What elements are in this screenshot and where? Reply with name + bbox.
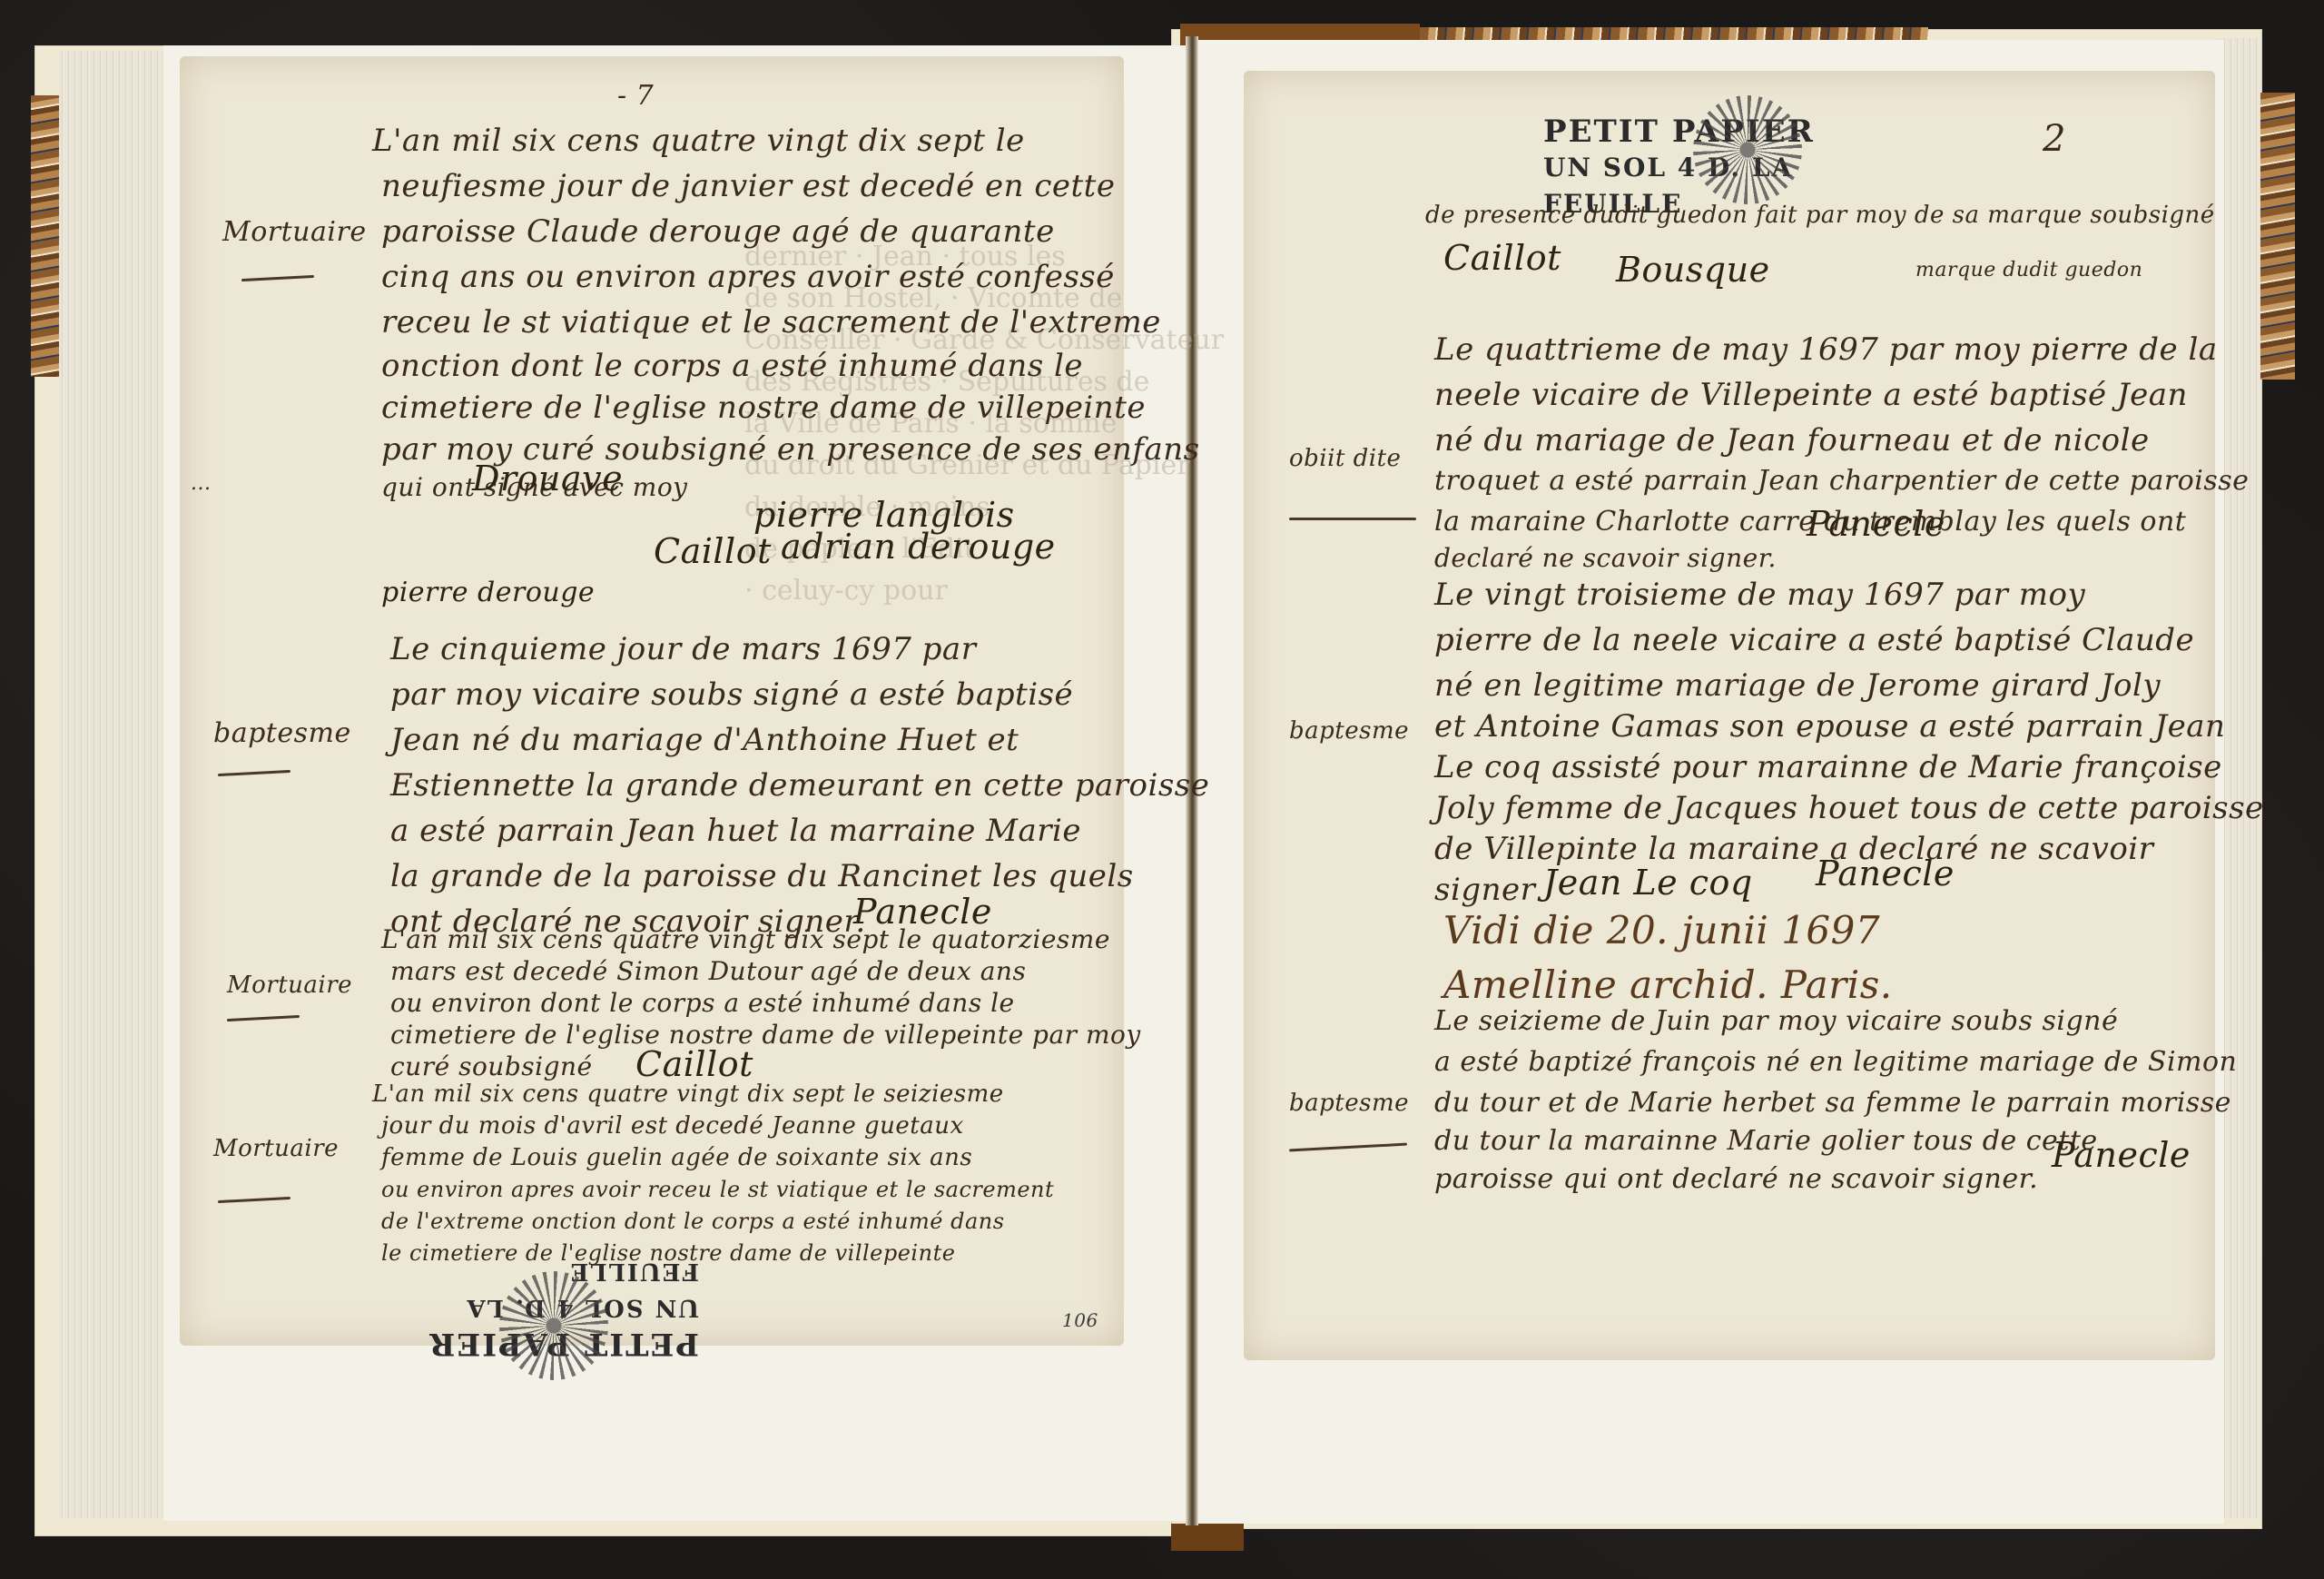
entry-line: paroisse qui ont declaré ne scavoir sign…	[1434, 1157, 2038, 1202]
entry-line: cimetiere de l'eglise nostre dame de vil…	[381, 385, 1146, 430]
signature: adrian derouge	[781, 527, 1056, 567]
entry-line: L'an mil six cens quatre vingt dix sept …	[372, 118, 1025, 163]
signature: Drouave	[472, 459, 623, 498]
entry-line: a esté baptizé françois né en legitime m…	[1434, 1040, 2237, 1085]
entry-line: pierre de la neele vicaire a esté baptis…	[1434, 617, 2194, 663]
entry-line: né du mariage de Jean fourneau et de nic…	[1434, 418, 2150, 463]
margin-note: baptesme	[1289, 717, 1409, 745]
marbled-endpaper-left	[31, 95, 62, 377]
signature: Panecle	[1807, 504, 1945, 544]
signature: pierre derouge	[381, 577, 595, 608]
signature-mark: marque dudit guedon	[1915, 259, 2142, 281]
entry-line: neufiesme jour de janvier est decedé en …	[381, 163, 1115, 209]
signature: Caillot	[654, 531, 772, 571]
entry-line: neele vicaire de Villepeinte a esté bapt…	[1434, 372, 2188, 418]
entry-line: par moy vicaire soubs signé a esté bapti…	[390, 672, 1073, 717]
signature: Jean Le coq	[1543, 863, 1753, 903]
entry-line: la grande de la paroisse du Rancinet les…	[390, 854, 1134, 899]
folio-number: 106	[1062, 1309, 1098, 1331]
entry-line: a esté parrain Jean huet la marraine Mar…	[390, 808, 1081, 854]
stamp-emblem-icon	[499, 1271, 608, 1380]
signature: Caillot	[1443, 238, 1561, 278]
entry-line: et Antoine Gamas son epouse a esté parra…	[1434, 704, 2225, 749]
left-page-mark: - 7	[617, 80, 654, 112]
entry-line: troquet a esté parrain Jean charpentier …	[1434, 459, 2249, 504]
margin-note: Mortuaire	[227, 972, 352, 999]
entry-line: Le coq assisté pour marainne de Marie fr…	[1434, 745, 2222, 790]
entry-line: de presence dudit guedon fait par moy de…	[1425, 192, 2215, 238]
page-edges-left	[59, 51, 168, 1518]
entry-line: Joly femme de Jacques houet tous de cett…	[1434, 785, 2264, 831]
entry-line: Le quattrieme de may 1697 par moy pierre…	[1434, 327, 2218, 372]
entry-line: Le vingt troisieme de may 1697 par moy	[1434, 572, 2085, 617]
entry-line: cinq ans ou environ apres avoir esté con…	[381, 254, 1115, 300]
signature: Bousque	[1616, 250, 1770, 290]
entry-line: signer	[1434, 867, 1535, 913]
entry-line: de Villepinte la maraine a declaré ne sc…	[1434, 826, 2153, 872]
entry-line: onction dont le corps a esté inhumé dans…	[381, 343, 1083, 389]
right-page-mark: 2	[2043, 118, 2066, 160]
marbled-endpaper-right	[2259, 93, 2295, 380]
entry-line: Le seizieme de Juin par moy vicaire soub…	[1434, 999, 2118, 1044]
entry-line: receu le st viatique et le sacrement de …	[381, 300, 1161, 345]
margin-mark: ...	[191, 472, 211, 495]
leather-spine-bottom	[1171, 1524, 1244, 1551]
margin-note: Mortuaire	[222, 216, 367, 248]
stamp-emblem-icon	[1693, 95, 1802, 204]
entry-line: né en legitime mariage de Jerome girard …	[1434, 663, 2161, 708]
margin-note: obiit dite	[1289, 445, 1401, 472]
signature: Panecle	[2052, 1135, 2191, 1175]
entry-line: paroisse Claude derouge agé de quarante	[381, 209, 1055, 254]
signature: Panecle	[1816, 854, 1955, 893]
tax-stamp-inverted: PETIT PAPIER UN SOL 4 D. LA FEUILLE	[409, 1253, 699, 1362]
entry-line: Estiennette la grande demeurant en cette…	[390, 763, 1209, 808]
margin-note: baptesme	[213, 717, 351, 749]
entry-line: Le cinquieme jour de mars 1697 par	[390, 627, 976, 672]
margin-rule	[1289, 518, 1416, 520]
visa-line: Vidi die 20. junii 1697	[1443, 908, 1880, 952]
margin-note: baptesme	[1289, 1090, 1409, 1117]
entry-line: Jean né du mariage d'Anthoine Huet et	[390, 717, 1019, 763]
margin-note: Mortuaire	[213, 1135, 339, 1162]
